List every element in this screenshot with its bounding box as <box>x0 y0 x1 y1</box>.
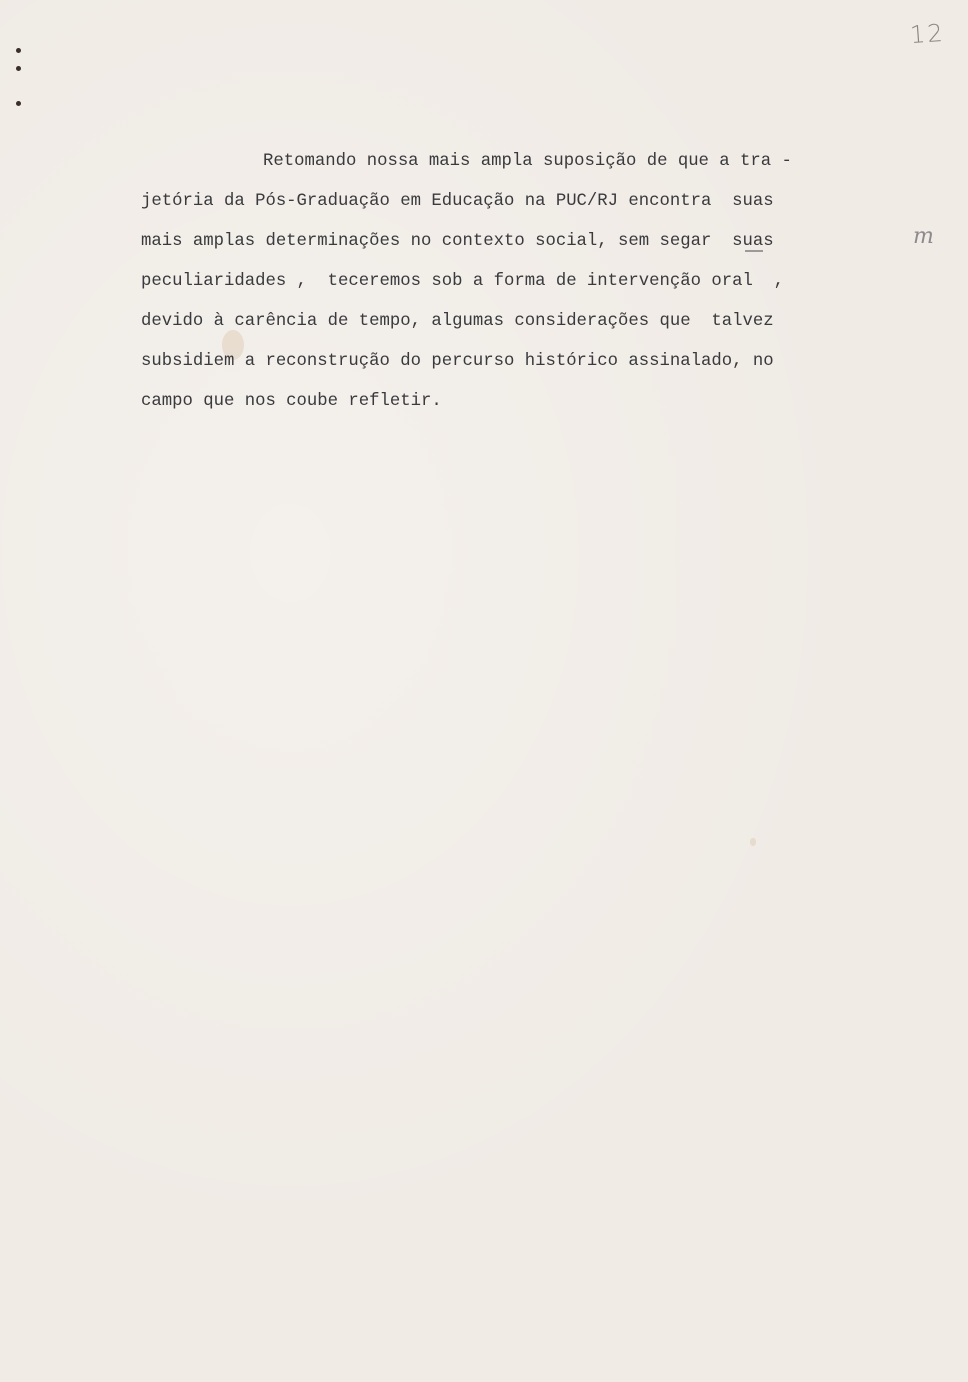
paragraph-line: jetória da Pós-Graduação em Educação na … <box>141 182 881 222</box>
typewritten-paragraph: Retomando nossa mais ampla suposição de … <box>141 142 881 422</box>
paragraph-line: mais amplas determinações no contexto so… <box>141 222 881 262</box>
handwritten-page-number: 12 <box>909 19 945 49</box>
document-page: 12 m Retomando nossa mais ampla suposiçã… <box>0 0 968 1382</box>
paragraph-line: subsidiem a reconstrução do percurso his… <box>141 342 881 382</box>
paragraph-line: devido à carência de tempo, algumas cons… <box>141 302 881 342</box>
paragraph-line: campo que nos coube refletir. <box>141 382 881 422</box>
handwritten-margin-note: m <box>913 224 934 249</box>
paragraph-line: Retomando nossa mais ampla suposição de … <box>141 142 881 182</box>
binding-hole-mark <box>16 101 21 106</box>
binding-hole-mark <box>16 66 21 71</box>
paragraph-line: peculiaridades , teceremos sob a forma d… <box>141 262 881 302</box>
binding-hole-mark <box>16 48 21 53</box>
paper-stain <box>750 838 756 846</box>
